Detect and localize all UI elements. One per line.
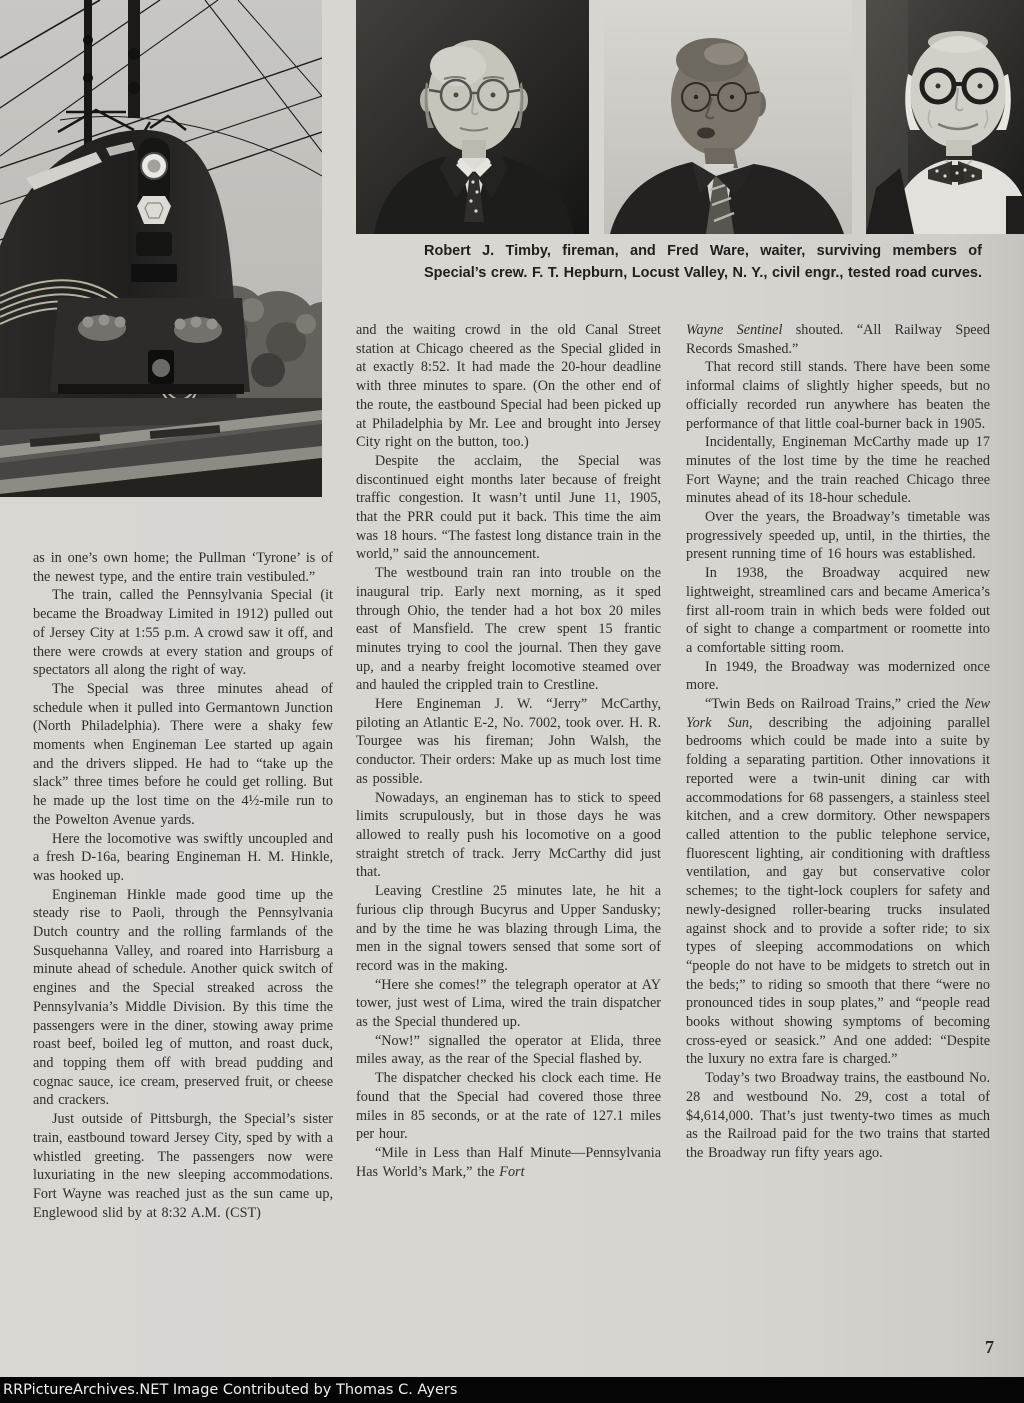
paragraph: “Twin Beds on Railroad Trains,” cried th… — [686, 695, 990, 1069]
paragraph: The train, called the Pennsylvania Speci… — [33, 586, 333, 680]
caption-line-1: Robert J. Timby, fireman, and Fred Ware,… — [424, 241, 982, 263]
headlight-icon — [141, 153, 167, 179]
portrait-fred-ware-photo — [604, 0, 852, 234]
article-column-left: as in one’s own home; the Pullman ‘Tyron… — [33, 549, 333, 1339]
watermark-bar: RRPictureArchives.NET Image Contributed … — [0, 1377, 1024, 1403]
paragraph: Nowadays, an engineman has to stick to s… — [356, 789, 661, 883]
paragraph: Despite the acclaim, the Special was dis… — [356, 452, 661, 564]
paragraph: Over the years, the Broadway’s timetable… — [686, 508, 990, 564]
paragraph: and the waiting crowd in the old Canal S… — [356, 321, 661, 452]
paragraph: “Here she comes!” the telegraph operator… — [356, 976, 661, 1032]
paragraph: Incidentally, Engineman McCarthy made up… — [686, 433, 990, 508]
article-column-right: Wayne Sentinel shouted. “All Railway Spe… — [686, 321, 990, 1339]
photo-caption: Robert J. Timby, fireman, and Fred Ware,… — [424, 241, 982, 284]
page-number: 7 — [964, 1337, 994, 1358]
paragraph: “Now!” signalled the operator at Elida, … — [356, 1032, 661, 1069]
portrait-f-t-hepburn-photo — [866, 0, 1024, 234]
watermark-text: RRPictureArchives.NET Image Contributed … — [3, 1382, 457, 1398]
paragraph: Here Engineman J. W. “Jerry” McCarthy, p… — [356, 695, 661, 789]
article-column-middle: and the waiting crowd in the old Canal S… — [356, 321, 661, 1339]
magazine-page: Robert J. Timby, fireman, and Fred Ware,… — [0, 0, 1024, 1403]
locomotive-photo — [0, 0, 322, 497]
paragraph: Leaving Crestline 25 minutes late, he hi… — [356, 882, 661, 976]
paragraph: Wayne Sentinel shouted. “All Railway Spe… — [686, 321, 990, 358]
tracks — [0, 398, 322, 497]
paragraph: In 1949, the Broadway was modernized onc… — [686, 658, 990, 695]
paragraph: Engineman Hinkle made good time up the s… — [33, 886, 333, 1110]
coupler-icon — [152, 359, 170, 377]
paragraph: That record still stands. There have bee… — [686, 358, 990, 433]
paragraph: The dispatcher checked his clock each ti… — [356, 1069, 661, 1144]
paragraph: Just outside of Pittsburgh, the Special’… — [33, 1110, 333, 1222]
paragraph: In 1938, the Broadway acquired new light… — [686, 564, 990, 658]
paragraph: The westbound train ran into trouble on … — [356, 564, 661, 695]
paragraph: as in one’s own home; the Pullman ‘Tyron… — [33, 549, 333, 586]
paragraph: Here the locomotive was swiftly uncouple… — [33, 830, 333, 886]
paragraph: “Mile in Less than Half Minute—Pennsylva… — [356, 1144, 661, 1181]
paragraph: The Special was three minutes ahead of s… — [33, 680, 333, 830]
caption-line-2: Special’s crew. F. T. Hepburn, Locust Va… — [424, 263, 982, 285]
portrait-robert-timby-photo — [356, 0, 589, 234]
paragraph: Today’s two Broadway trains, the eastbou… — [686, 1069, 990, 1163]
